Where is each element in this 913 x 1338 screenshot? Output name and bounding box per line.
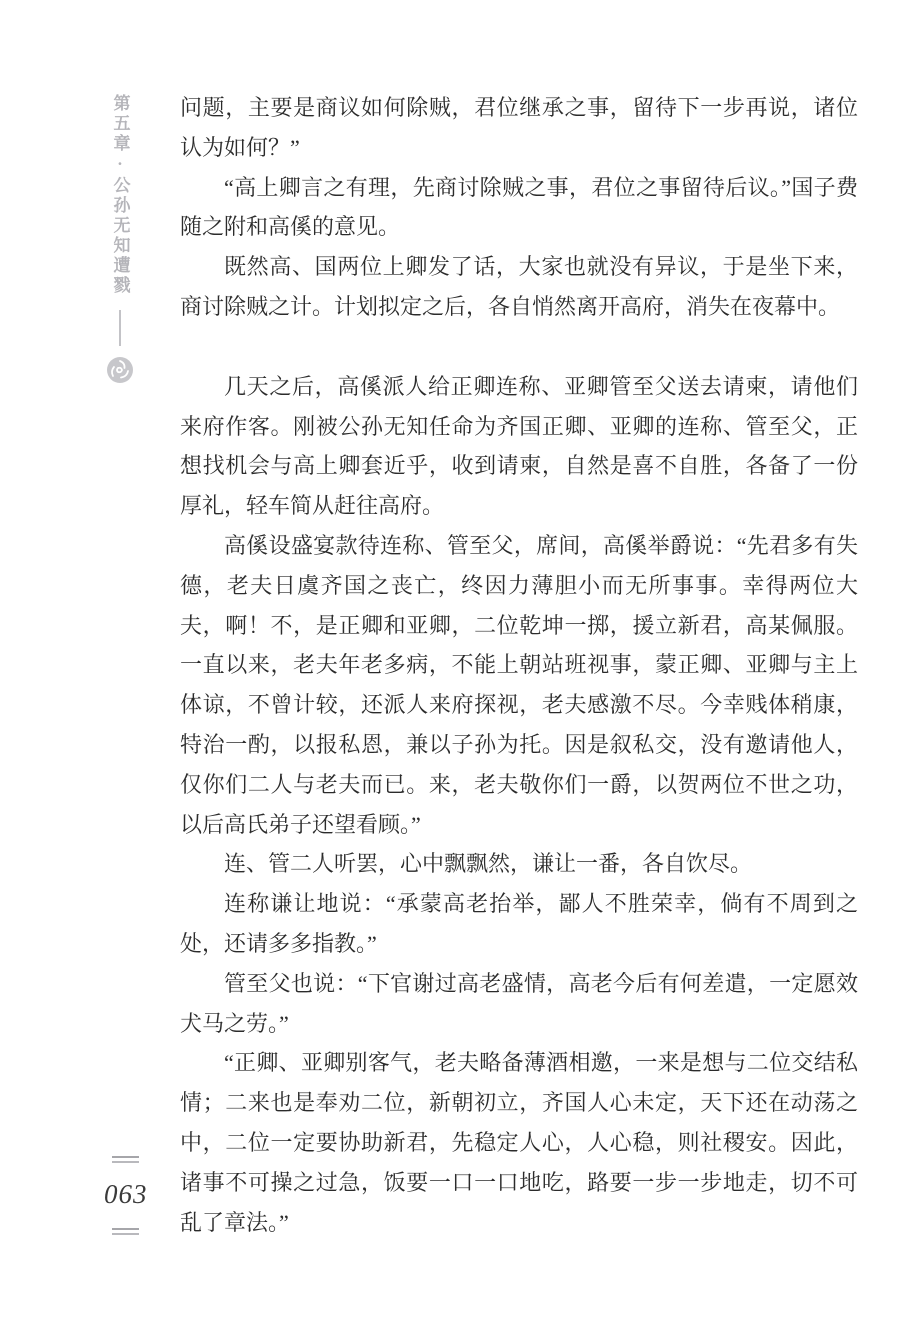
paragraph: 高傒设盛宴款待连称、管至父，席间，高傒举爵说：“先君多有失德，老夫日虞齐国之丧亡… — [180, 526, 858, 844]
page-number-block: 063 — [104, 1156, 146, 1235]
paragraph: 管至父也说：“下官谢过高老盛情，高老今后有何差遣，一定愿效犬马之劳。” — [180, 964, 858, 1044]
book-page: 第五章·公孙无知遭戮 问题，主要是商议如何除贼，君位继承之事，留待下一步再说，诸… — [0, 0, 913, 1338]
page-number-rule-bottom — [112, 1228, 139, 1235]
page-number: 063 — [104, 1179, 146, 1210]
paragraph: 连、管二人听罢，心中飘飘然，谦让一番，各自饮尽。 — [180, 844, 858, 884]
section-break — [180, 327, 858, 367]
paragraph: 既然高、国两位上卿发了话，大家也就没有异议，于是坐下来，商讨除贼之计。计划拟定之… — [180, 247, 858, 327]
paragraph: 几天之后，高傒派人给正卿连称、亚卿管至父送去请柬，请他们来府作客。刚被公孙无知任… — [180, 367, 858, 526]
paragraph: “正卿、亚卿别客气，老夫略备薄酒相邀，一来是想与二位交结私情；二来也是奉劝二位，… — [180, 1043, 858, 1242]
paragraph: “高上卿言之有理，先商讨除贼之事，君位之事留待后议。”国子费随之附和高傒的意见。 — [180, 168, 858, 248]
paragraph: 问题，主要是商议如何除贼，君位继承之事，留待下一步再说，诸位认为如何？” — [180, 88, 858, 168]
page-number-rule-top — [112, 1156, 139, 1163]
paragraph: 连称谦让地说：“承蒙高老抬举，鄙人不胜荣幸，倘有不周到之处，还请多多指教。” — [180, 884, 858, 964]
body-text-column: 问题，主要是商议如何除贼，君位继承之事，留待下一步再说，诸位认为如何？” “高上… — [180, 88, 858, 1242]
chapter-title-vertical: 第五章·公孙无知遭戮 — [112, 94, 129, 296]
vertical-dash-divider — [119, 310, 121, 346]
chapter-sidebar: 第五章·公孙无知遭戮 — [100, 94, 140, 384]
seal-ornament-icon — [106, 356, 134, 384]
